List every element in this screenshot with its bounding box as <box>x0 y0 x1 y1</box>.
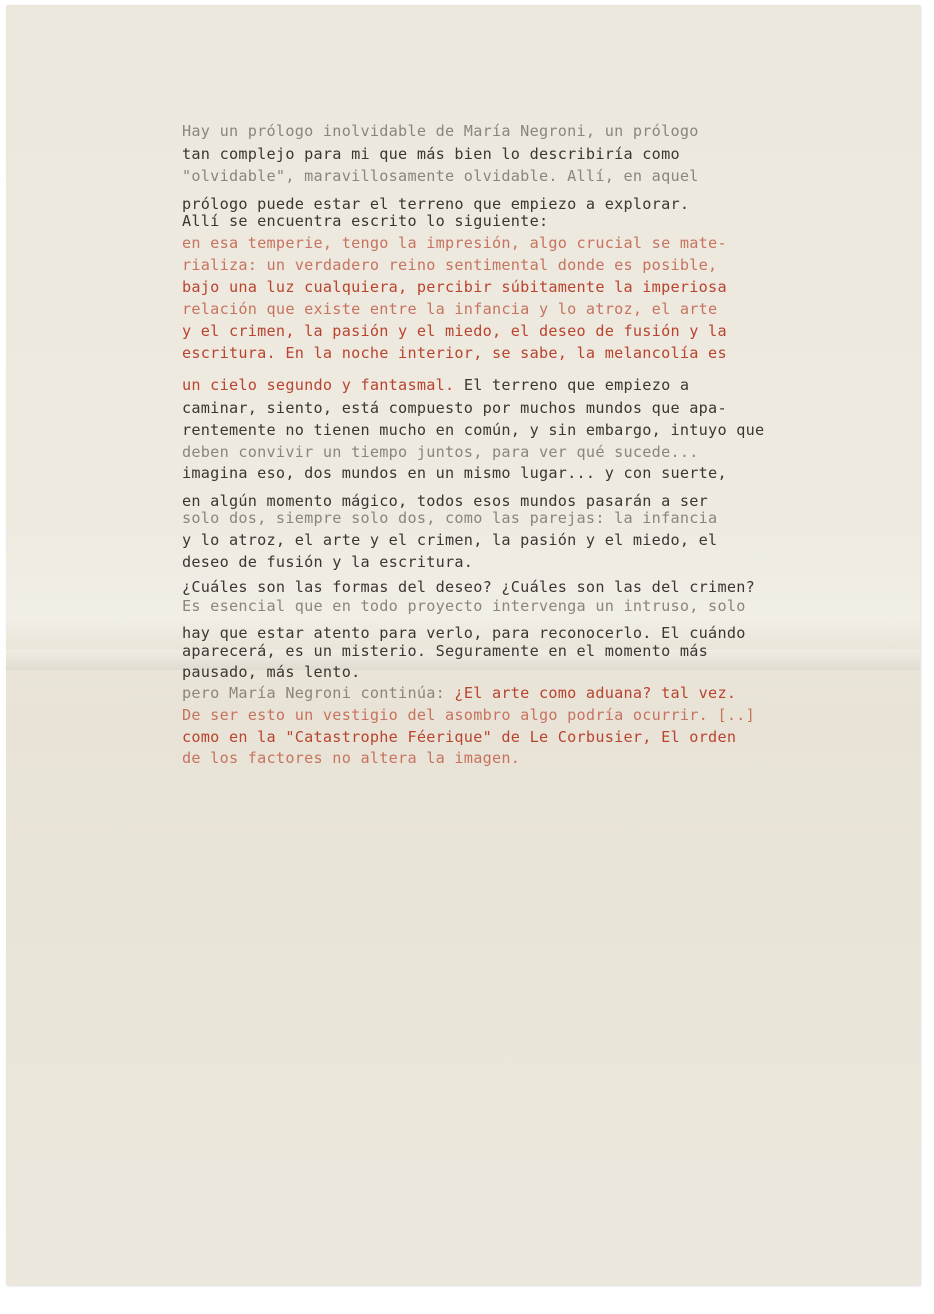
text-segment: Hay un prólogo inolvidable de María Negr… <box>182 122 699 140</box>
text-line: y el crimen, la pasión y el miedo, el de… <box>182 322 727 340</box>
text-segment: "olvidable", maravillosamente olvidable.… <box>182 167 699 185</box>
text-line: deben convivir un tiempo juntos, para ve… <box>182 443 699 461</box>
text-segment: deben convivir un tiempo juntos, para ve… <box>182 443 699 461</box>
text-line: "olvidable", maravillosamente olvidable.… <box>182 167 699 185</box>
text-line: imagina eso, dos mundos en un mismo luga… <box>182 464 727 482</box>
text-line: Hay un prólogo inolvidable de María Negr… <box>182 122 699 140</box>
text-segment: De ser esto un vestigio del asombro algo… <box>182 706 755 724</box>
text-segment: rentemente no tienen mucho en común, y s… <box>182 421 764 439</box>
text-segment: como en la "Catastrophe Féerique" de Le … <box>182 728 736 746</box>
text-segment: deseo de fusión y la escritura. <box>182 553 473 571</box>
text-segment: escritura. En la noche interior, se sabe… <box>182 344 727 362</box>
text-segment: El terreno que empiezo a <box>454 376 689 394</box>
text-line: en algún momento mágico, todos esos mund… <box>182 492 708 510</box>
text-line: tan complejo para mi que más bien lo des… <box>182 145 680 163</box>
text-line: rializa: un verdadero reino sentimental … <box>182 256 717 274</box>
text-line: caminar, siento, está compuesto por much… <box>182 399 727 417</box>
text-line: de los factores no altera la imagen. <box>182 749 520 767</box>
text-segment: bajo una luz cualquiera, percibir súbita… <box>182 278 727 296</box>
text-segment: relación que existe entre la infancia y … <box>182 300 717 318</box>
text-line: Allí se encuentra escrito lo siguiente: <box>182 212 548 230</box>
text-segment: en esa temperie, tengo la impresión, alg… <box>182 234 727 252</box>
text-segment: pausado, más lento. <box>182 663 360 681</box>
text-line: prólogo puede estar el terreno que empie… <box>182 195 689 213</box>
text-line: en esa temperie, tengo la impresión, alg… <box>182 234 727 252</box>
text-segment: tan complejo para mi que más bien lo des… <box>182 145 680 163</box>
text-segment: Allí se encuentra escrito lo siguiente: <box>182 212 548 230</box>
text-line: deseo de fusión y la escritura. <box>182 553 473 571</box>
text-line: un cielo segundo y fantasmal. El terreno… <box>182 376 689 394</box>
text-segment: de los factores no altera la imagen. <box>182 749 520 767</box>
text-segment: aparecerá, es un misterio. Seguramente e… <box>182 642 708 660</box>
text-segment: imagina eso, dos mundos en un mismo luga… <box>182 464 727 482</box>
text-segment: ¿El arte como aduana? tal vez. <box>445 684 736 702</box>
text-line: aparecerá, es un misterio. Seguramente e… <box>182 642 708 660</box>
text-segment: rializa: un verdadero reino sentimental … <box>182 256 717 274</box>
text-line: solo dos, siempre solo dos, como las par… <box>182 509 717 527</box>
text-segment: y el crimen, la pasión y el miedo, el de… <box>182 322 727 340</box>
text-line: pausado, más lento. <box>182 663 360 681</box>
text-line: De ser esto un vestigio del asombro algo… <box>182 706 755 724</box>
text-line: y lo atroz, el arte y el crimen, la pasi… <box>182 531 717 549</box>
text-line: ¿Cuáles son las formas del deseo? ¿Cuále… <box>182 578 755 596</box>
text-line: Es esencial que en todo proyecto interve… <box>182 597 746 615</box>
text-segment: Es esencial que en todo proyecto interve… <box>182 597 746 615</box>
text-line: escritura. En la noche interior, se sabe… <box>182 344 727 362</box>
text-segment: y lo atroz, el arte y el crimen, la pasi… <box>182 531 717 549</box>
text-line: hay que estar atento para verlo, para re… <box>182 624 746 642</box>
text-segment: hay que estar atento para verlo, para re… <box>182 624 746 642</box>
text-segment: pero María Negroni continúa: <box>182 684 445 702</box>
text-line: rentemente no tienen mucho en común, y s… <box>182 421 764 439</box>
text-segment: caminar, siento, está compuesto por much… <box>182 399 727 417</box>
text-line: relación que existe entre la infancia y … <box>182 300 717 318</box>
text-segment: prólogo puede estar el terreno que empie… <box>182 195 689 213</box>
text-segment: un cielo segundo y fantasmal. <box>182 376 454 394</box>
text-segment: solo dos, siempre solo dos, como las par… <box>182 509 717 527</box>
text-line: bajo una luz cualquiera, percibir súbita… <box>182 278 727 296</box>
paper-sheet: Hay un prólogo inolvidable de María Negr… <box>6 5 920 1285</box>
text-line: pero María Negroni continúa: ¿El arte co… <box>182 684 736 702</box>
text-segment: ¿Cuáles son las formas del deseo? ¿Cuále… <box>182 578 755 596</box>
text-segment: en algún momento mágico, todos esos mund… <box>182 492 708 510</box>
text-line: como en la "Catastrophe Féerique" de Le … <box>182 728 736 746</box>
